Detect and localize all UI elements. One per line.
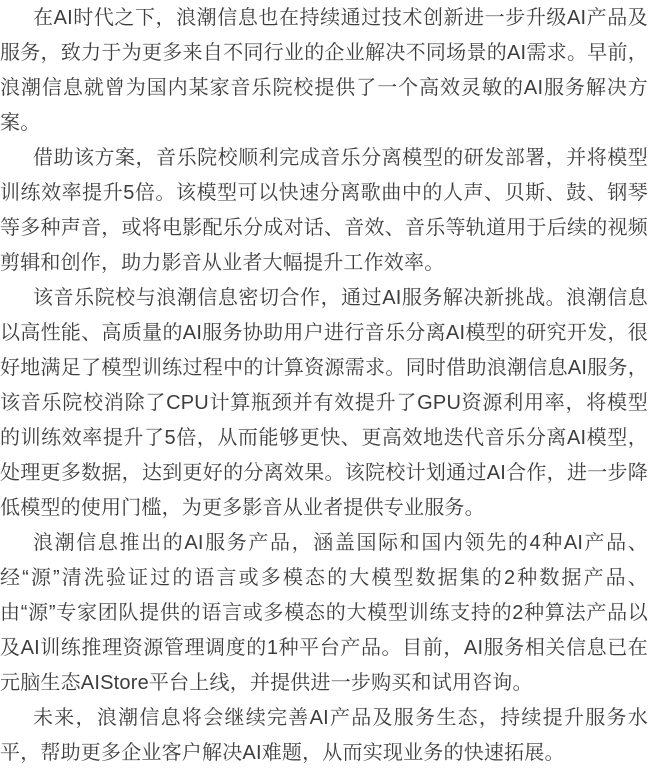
- paragraph-intro: 在AI时代之下，浪潮信息也在持续通过技术创新进一步升级AI产品及服务，致力于为更…: [0, 1, 648, 141]
- paragraph-solution-deployment: 借助该方案，音乐院校顺利完成音乐分离模型的研发部署，并将模型训练效率提升5倍。该…: [0, 141, 648, 281]
- paragraph-cooperation-results: 该音乐院校与浪潮信息密切合作，通过AI服务解决新挑战。浪潮信息以高性能、高质量的…: [0, 281, 648, 526]
- paragraph-ai-service-products: 浪潮信息推出的AI服务产品，涵盖国际和国内领先的4种AI产品、经“源”清洗验证过…: [0, 526, 648, 701]
- article-page: 在AI时代之下，浪潮信息也在持续通过技术创新进一步升级AI产品及服务，致力于为更…: [0, 0, 654, 771]
- paragraph-future-outlook: 未来，浪潮信息将会继续完善AI产品及服务生态，持续提升服务水平，帮助更多企业客户…: [0, 701, 648, 771]
